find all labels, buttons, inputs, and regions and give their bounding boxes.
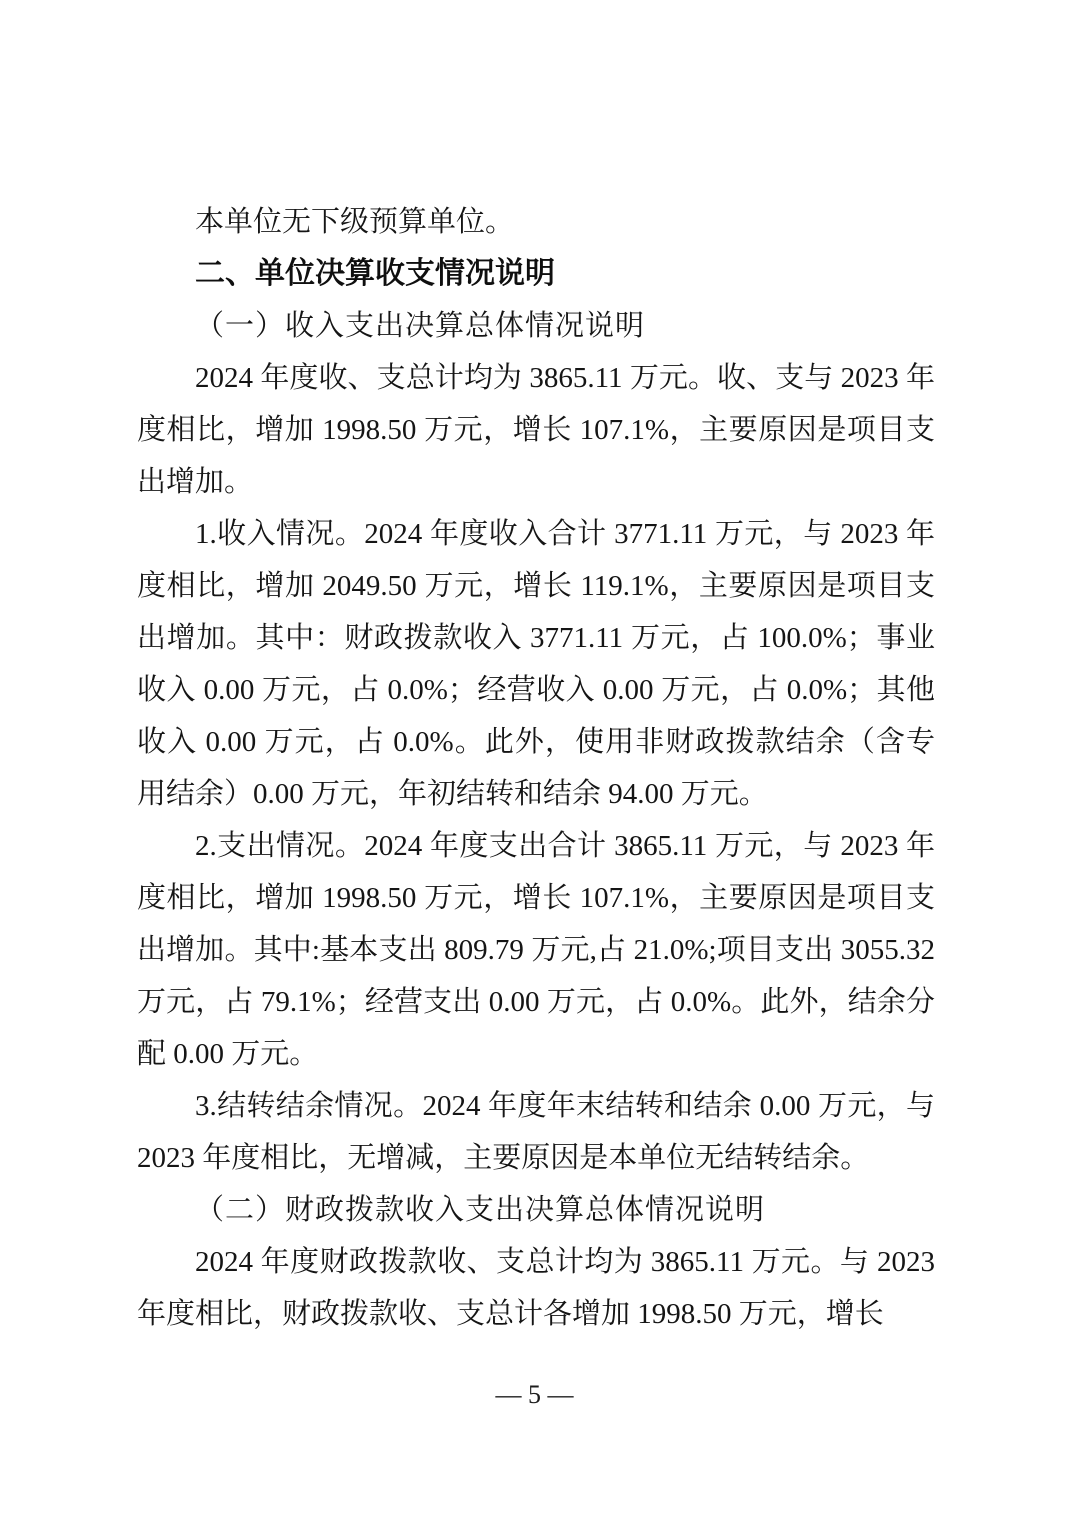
paragraph-fiscal-appropriation-totals: 2024 年度财政拨款收、支总计均为 3865.11 万元。与 2023 年度相… — [137, 1236, 935, 1340]
heading-section-two: 二、单位决算收支情况说明 — [137, 248, 935, 300]
paragraph-expenditure-situation: 2.支出情况。2024 年度支出合计 3865.11 万元，与 2023 年度相… — [137, 820, 935, 1080]
paragraph-no-subordinate-units: 本单位无下级预算单位。 — [137, 196, 935, 248]
paragraph-income-situation: 1.收入情况。2024 年度收入合计 3771.11 万元，与 2023 年度相… — [137, 508, 935, 820]
page-number: — 5 — — [0, 1379, 1069, 1411]
heading-subsection-two: （二）财政拨款收入支出决算总体情况说明 — [137, 1184, 935, 1236]
paragraph-overall-totals: 2024 年度收、支总计均为 3865.11 万元。收、支与 2023 年度相比… — [137, 352, 935, 508]
heading-subsection-one: （一）收入支出决算总体情况说明 — [137, 300, 935, 352]
document-content: 本单位无下级预算单位。 二、单位决算收支情况说明 （一）收入支出决算总体情况说明… — [137, 196, 935, 1340]
paragraph-carryover-situation: 3.结转结余情况。2024 年度年末结转和结余 0.00 万元，与 2023 年… — [137, 1080, 935, 1184]
document-page: 本单位无下级预算单位。 二、单位决算收支情况说明 （一）收入支出决算总体情况说明… — [0, 0, 1069, 1515]
